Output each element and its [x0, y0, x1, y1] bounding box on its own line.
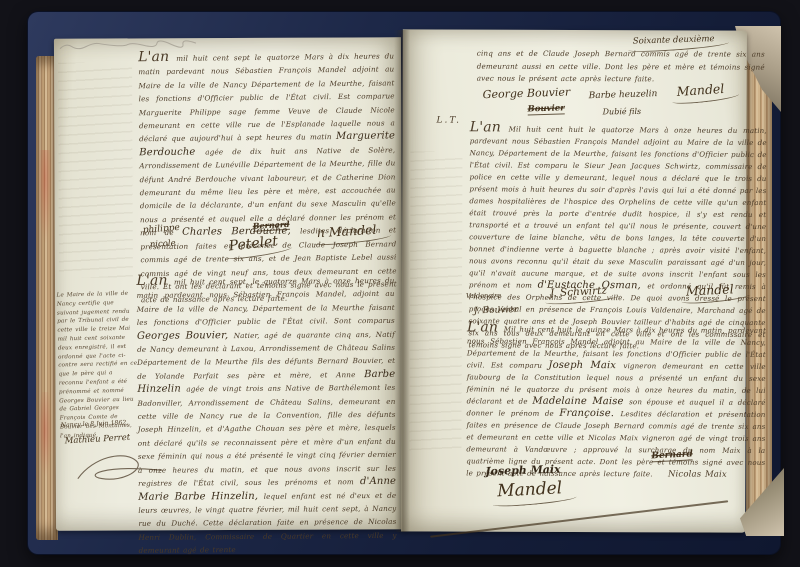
gutter-shadow: [394, 30, 410, 532]
ink-bleed-through-left: [58, 62, 133, 277]
right-page: Soixante deuxième cinq ans et de Claude …: [401, 29, 747, 532]
birth-act-hinzelin-text: L'an mil huit cent sept, le quatorze Mar…: [136, 273, 396, 558]
signature-petelet: Petelet: [228, 233, 279, 256]
birth-act-berdouche-text: L'an mil huit cent sept le quatorze Mars…: [138, 48, 397, 307]
signature-joseph-maix: Joseph Maix: [485, 463, 561, 478]
signature-mandel: Mandel: [676, 81, 725, 101]
signature-george-bouvier: George Bouvier: [482, 85, 570, 101]
signature-nicole: nicole: [150, 239, 176, 250]
margin-signature-paraph: [72, 448, 167, 494]
signature-mandel: Mandel: [686, 281, 734, 300]
margin-initials: L.T.: [437, 116, 461, 126]
signature-bernard-paraph: Bernard: [651, 449, 693, 462]
signature-schwirtz: J. Schwirtz: [550, 285, 608, 302]
ink-bleed-through-right: [409, 151, 462, 451]
foundling-act-osman-text: L'an Mil huit cent huit le quatorze Mars…: [468, 121, 766, 353]
scanned-register-photo: L'an mil huit cent sept le quatorze Mars…: [0, 0, 800, 567]
signature-bouvier-paraph: Bouvier: [527, 103, 564, 115]
signature-barbe-hinzelin: Barbe heuzelin: [589, 89, 658, 101]
signature-j-bouvier: J. Bouvier: [474, 305, 518, 316]
paraph-flourish: [72, 448, 167, 490]
left-page: L'an mil huit cent sept le quatorze Mars…: [54, 37, 403, 531]
signature-dubie-fils: Dubié fils: [603, 107, 642, 117]
signature-mandel-large: Mandel: [497, 478, 563, 503]
folio-number-note: Soixante deuxième: [633, 34, 715, 49]
signature-valdenaire: Valdenaire: [466, 291, 501, 299]
signature-mandel: n Mandel: [316, 222, 377, 242]
signature-bernard-paraph: Bernard: [252, 219, 289, 232]
birth-act-maix-text: L'an Mil huit cent huit le quinze Mars à…: [466, 321, 766, 481]
